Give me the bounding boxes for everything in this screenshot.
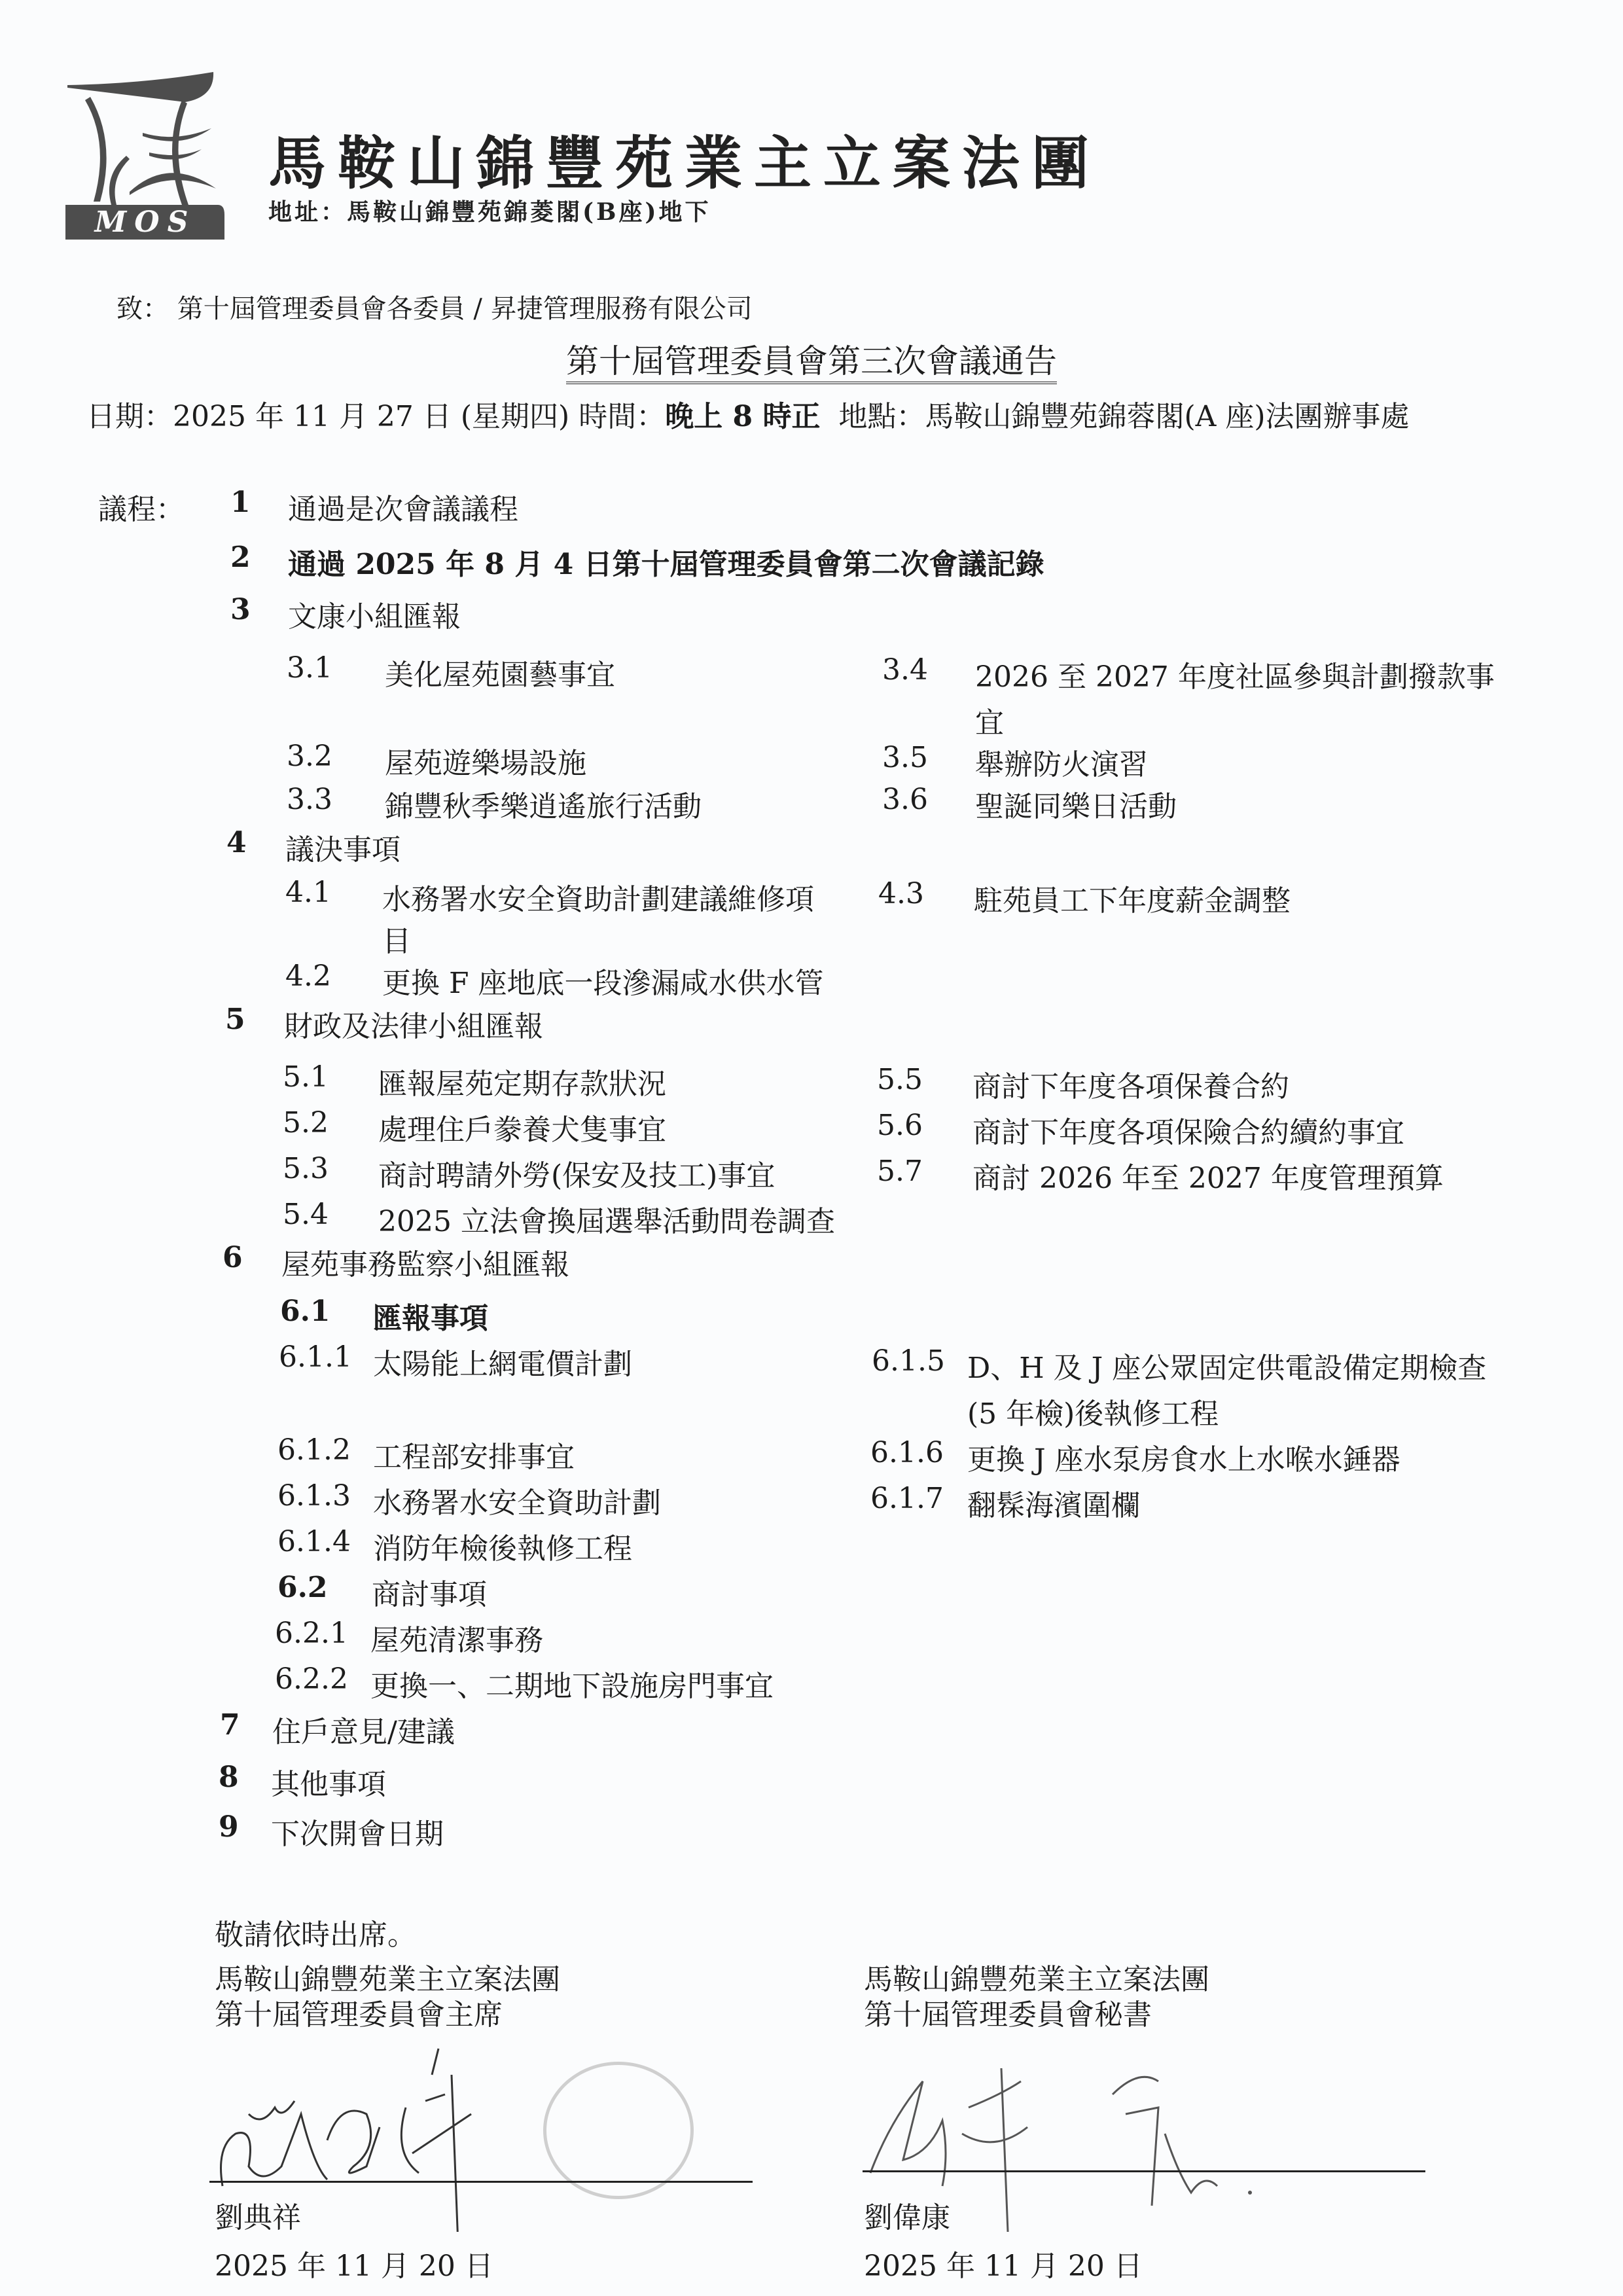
recipients-line: 致： 第十屆管理委員會各委員 / 昇捷管理服務有限公司 — [116, 288, 753, 325]
subitem-num: 3.2 — [287, 740, 332, 773]
subsubitem: 太陽能上網電價計劃 — [373, 1340, 632, 1382]
subitem-num: 5.5 — [877, 1063, 923, 1096]
subitem: 美化屋苑園藝事宜 — [385, 651, 615, 693]
subsubitem: 屋苑清潔事務 — [370, 1617, 543, 1659]
meeting-date: 2025 年 11 月 27 日 (星期四) — [173, 400, 569, 433]
subitem: 2026 至 2027 年度社區參與計劃撥款事 — [975, 653, 1495, 695]
agenda-item: 財政及法律小組匯報 — [284, 1003, 543, 1045]
agenda-label: 議程： — [98, 486, 185, 528]
subsubitem: 更換一、二期地下設施房門事宜 — [370, 1662, 774, 1704]
secretary-name: 劉偉康 — [864, 2194, 950, 2236]
subitem: 屋苑遊樂場設施 — [385, 740, 586, 781]
org-name: 馬鞍山錦豐苑業主立案法團 — [268, 118, 1101, 200]
org-address: 地址：馬鞍山錦豐苑錦菱閣(B座)地下 — [268, 194, 711, 227]
subitem-num: 3.6 — [882, 783, 928, 816]
subitem-num: 4.1 — [285, 876, 331, 909]
subitem-num: 6.1 — [280, 1295, 330, 1328]
notice-title-text: 第十屆管理委員會第三次會議通告 — [566, 342, 1057, 384]
subitem-num: 5.2 — [283, 1106, 329, 1139]
agenda-num: 5 — [225, 1003, 245, 1036]
company-chop-stamp — [543, 2062, 694, 2199]
subitem: 匯報事項 — [373, 1295, 488, 1336]
subitem: 匯報屋苑定期存款狀況 — [378, 1060, 666, 1102]
subitem: 商討 2026 年至 2027 年度管理預算 — [972, 1155, 1444, 1196]
time-label: 時間： — [579, 400, 665, 433]
subitem: 更換 F 座地底一段滲漏咸水供水管 — [382, 960, 824, 1001]
subitem-num: 4.2 — [285, 960, 331, 993]
subitem: 2025 立法會換屆選舉活動問卷調查 — [378, 1198, 835, 1240]
chair-name: 劉典祥 — [215, 2194, 301, 2236]
subsubitem: 消防年檢後執修工程 — [373, 1525, 632, 1567]
subsubitem-num: 6.1.1 — [279, 1340, 352, 1374]
subitem-num: 5.6 — [877, 1109, 923, 1142]
subitem-num: 5.7 — [877, 1155, 923, 1188]
subsubitem: 更換 J 座水泵房食水上水喉水錘器 — [967, 1436, 1400, 1478]
subitem: 錦豐秋季樂逍遙旅行活動 — [385, 783, 702, 825]
subitem-num: 6.2 — [277, 1571, 328, 1604]
subitem-num: 5.3 — [283, 1152, 329, 1185]
subitem-wrap: 目 — [382, 918, 411, 960]
subsubitem-num: 6.2.1 — [275, 1617, 348, 1650]
subsubitem: 翻髹海濱圍欄 — [967, 1482, 1140, 1524]
svg-text:MOS: MOS — [94, 206, 196, 239]
subitem-num: 5.1 — [283, 1060, 329, 1094]
subitem: 商討聘請外勞(保安及技工)事宜 — [378, 1152, 775, 1194]
subitem-num: 5.4 — [283, 1198, 329, 1231]
agenda-num: 2 — [230, 541, 251, 574]
subitem-num: 4.3 — [878, 877, 924, 910]
chair-role: 第十屆管理委員會主席 — [215, 1991, 503, 2033]
subsubitem-num: 6.1.3 — [277, 1479, 351, 1513]
subitem-num: 3.1 — [287, 651, 332, 685]
agenda-num: 8 — [219, 1761, 239, 1794]
subitem-wrap: 宜 — [975, 699, 1004, 741]
subitem: 處理住戶豢養犬隻事宜 — [378, 1106, 666, 1148]
subsubitem-num: 6.1.4 — [277, 1525, 351, 1558]
subitem-num: 3.3 — [287, 783, 332, 816]
subitem: 舉辦防火演習 — [975, 741, 1148, 783]
date-label: 日期： — [86, 400, 173, 433]
place-label: 地點： — [838, 400, 925, 433]
agenda-item: 文康小組匯報 — [288, 593, 461, 635]
meeting-time: 晚上 8 時正 — [665, 400, 820, 433]
chair-sign-date: 2025 年 11 月 20 日 — [215, 2242, 493, 2284]
org-logo: MOS — [64, 71, 228, 242]
subitem: 商討事項 — [372, 1571, 487, 1613]
agenda-num: 3 — [230, 593, 251, 626]
meeting-place: 馬鞍山錦豐苑錦蓉閣(A 座)法團辦事處 — [925, 400, 1409, 433]
subsubitem-num: 6.1.2 — [277, 1433, 351, 1467]
subitem-num: 3.4 — [882, 653, 928, 687]
agenda-item: 屋苑事務監察小組匯報 — [281, 1241, 569, 1283]
subitem: 水務署水安全資助計劃建議維修項 — [382, 876, 814, 918]
secretary-role: 第十屆管理委員會秘書 — [864, 1991, 1152, 2033]
subsubitem-num: 6.1.5 — [872, 1344, 945, 1378]
agenda-item: 下次開會日期 — [271, 1810, 444, 1852]
secretary-signature-line — [863, 2170, 1425, 2172]
chair-signature-line — [209, 2181, 753, 2183]
subsubitem: 工程部安排事宜 — [373, 1433, 575, 1475]
agenda-num: 6 — [223, 1241, 243, 1274]
subsubitem-num: 6.2.2 — [275, 1662, 348, 1696]
agenda-num: 1 — [230, 486, 251, 519]
subsubitem-wrap: (5 年檢)後執修工程 — [967, 1390, 1219, 1432]
agenda-item: 其他事項 — [271, 1761, 386, 1803]
subsubitem-num: 6.1.6 — [870, 1436, 944, 1469]
agenda-num: 7 — [220, 1708, 240, 1742]
agenda-num: 9 — [219, 1810, 239, 1844]
subitem: 聖誕同樂日活動 — [975, 783, 1177, 825]
subitem: 商討下年度各項保養合約 — [972, 1063, 1289, 1105]
subsubitem: D、H 及 J 座公眾固定供電設備定期檢查 — [967, 1344, 1486, 1386]
agenda-num: 4 — [226, 826, 247, 859]
closing-text: 敬請依時出席。 — [215, 1911, 416, 1953]
mos-logo-icon: MOS — [64, 71, 228, 242]
subitem: 駐苑員工下年度薪金調整 — [974, 877, 1291, 919]
notice-title: 第十屆管理委員會第三次會議通告 — [0, 335, 1623, 382]
subitem: 商討下年度各項保險合約續約事宜 — [972, 1109, 1404, 1151]
agenda-item: 通過是次會議議程 — [288, 486, 518, 528]
secretary-sign-date: 2025 年 11 月 20 日 — [864, 2242, 1143, 2284]
agenda-item: 通過 2025 年 8 月 4 日第十屆管理委員會第二次會議記錄 — [288, 541, 1044, 583]
subitem-num: 3.5 — [882, 741, 928, 774]
agenda-item: 議決事項 — [285, 826, 401, 868]
meeting-details: 日期：2025 年 11 月 27 日 (星期四) 時間：晚上 8 時正 地點：… — [86, 393, 1410, 435]
subsubitem: 水務署水安全資助計劃 — [373, 1479, 661, 1521]
subsubitem-num: 6.1.7 — [870, 1482, 944, 1515]
agenda-item: 住戶意見/建議 — [272, 1708, 455, 1750]
